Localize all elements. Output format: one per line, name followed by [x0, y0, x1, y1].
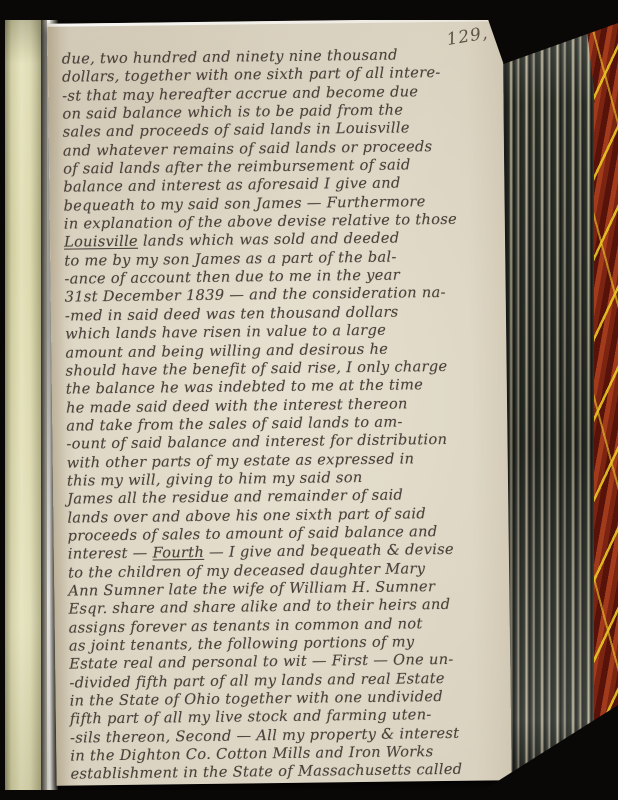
manuscript-line: establishment in the State of Massachuse… [70, 761, 506, 785]
page-edges-stack [498, 10, 594, 800]
manuscript-page: 129, due, two hundred and ninety nine th… [47, 18, 511, 786]
book-photo: 129, due, two hundred and ninety nine th… [0, 0, 618, 800]
manuscript-lines: due, two hundred and ninety nine thousan… [62, 45, 507, 784]
facing-page-edge [5, 0, 41, 800]
